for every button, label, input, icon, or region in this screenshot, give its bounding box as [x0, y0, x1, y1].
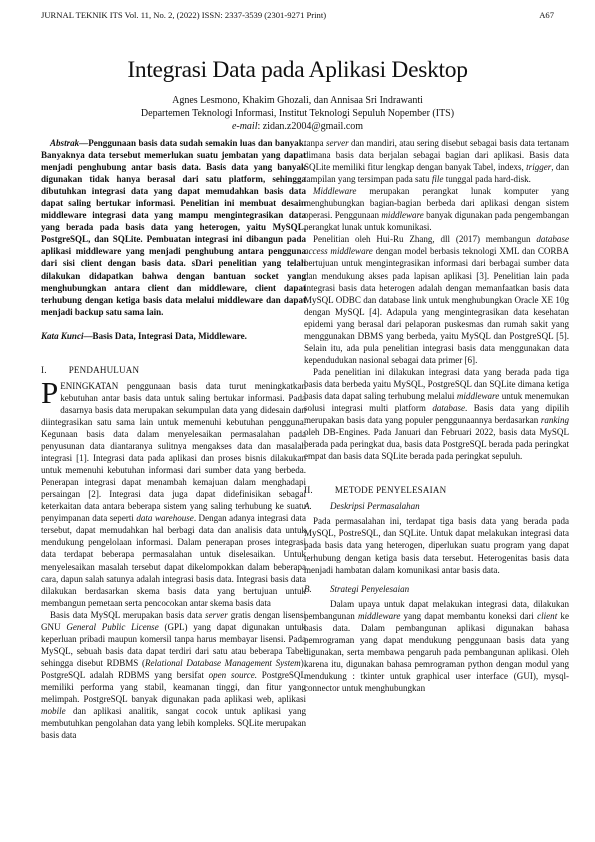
intro-paragraph-3: tanpa server dan mandiri, atau sering di… — [304, 137, 569, 185]
keywords: Kata Kunci—Basis Data, Integrasi Data, M… — [41, 330, 306, 342]
subsection-heading-a: A.Deskripsi Permasalahan — [304, 500, 569, 512]
problem-description-paragraph: Pada permasalahan ini, terdapat tiga bas… — [304, 515, 569, 575]
paper-affiliation: Departemen Teknologi Informasi, Institut… — [0, 108, 595, 119]
intro-paragraph-1: PENINGKATAN penggunaan basis data turut … — [41, 380, 306, 609]
intro-paragraph-5: Penelitian oleh Hui-Ru Zhang, dll (2017)… — [304, 233, 569, 366]
left-column: Abstrak—Penggunaan basis data sudah sema… — [41, 137, 306, 741]
paper-title: Integrasi Data pada Aplikasi Desktop — [0, 57, 595, 84]
section-heading-1: I.PENDAHULUAN — [41, 364, 306, 376]
drop-cap: P — [41, 381, 58, 405]
abstract-lead: Abstrak — [50, 138, 79, 148]
abstract-text: —Penggunaan basis data sudah semakin lua… — [41, 138, 306, 317]
paper-email: e-mail: zidan.z2004@gmail.com — [0, 121, 595, 132]
running-header: JURNAL TEKNIK ITS Vol. 11, No. 2, (2022)… — [41, 10, 554, 22]
intro-paragraph-4: Middleware merupakan perangkat lunak kom… — [304, 185, 569, 233]
email-label: e-mail — [232, 121, 258, 132]
keywords-lead: Kata Kunci — [41, 331, 83, 341]
right-column: tanpa server dan mandiri, atau sering di… — [304, 137, 569, 694]
journal-info: JURNAL TEKNIK ITS Vol. 11, No. 2, (2022)… — [41, 10, 326, 22]
section-heading-2: II.METODE PENYELESAIAN — [304, 484, 569, 496]
intro-paragraph-2: Basis data MySQL merupakan basis data se… — [41, 609, 306, 742]
keywords-text: —Basis Data, Integrasi Data, Middleware. — [83, 331, 246, 341]
intro-paragraph-6: Pada penelitian ini dilakukan integrasi … — [304, 366, 569, 462]
email-value: : zidan.z2004@gmail.com — [257, 121, 363, 132]
subsection-heading-b: B.Strategi Penyelesaian — [304, 583, 569, 595]
paper-authors: Agnes Lesmono, Khakim Ghozali, dan Annis… — [0, 95, 595, 106]
abstract: Abstrak—Penggunaan basis data sudah sema… — [41, 137, 306, 318]
strategy-paragraph: Dalam upaya untuk dapat melakukan integr… — [304, 598, 569, 694]
page-number: A67 — [539, 10, 554, 22]
